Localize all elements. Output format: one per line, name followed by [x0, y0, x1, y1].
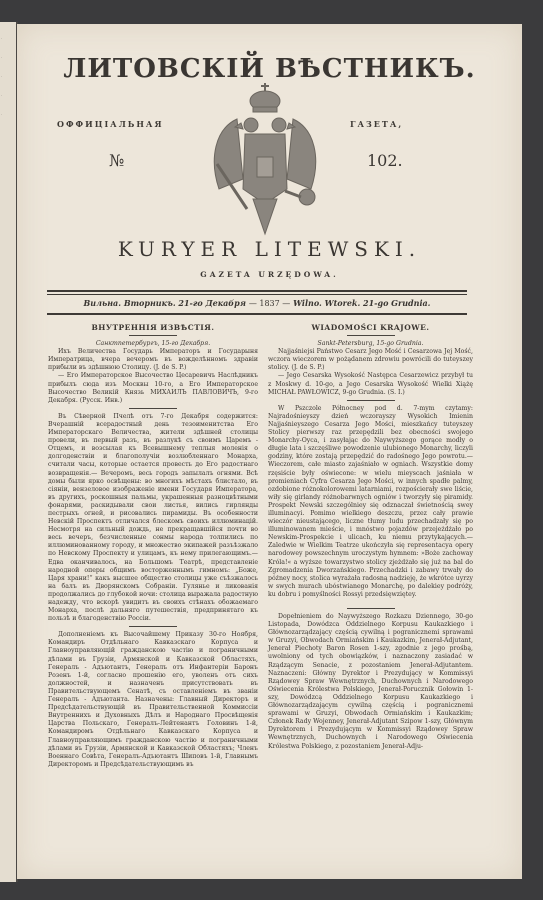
gazeta-label-russian: ГАЗЕТА,	[350, 119, 403, 129]
dateline-russian: Вильна. Вторникъ. 21-го Декабря	[84, 298, 247, 308]
article-dateline-russian: Санктпетербургъ, 15-го Декабря.	[48, 340, 258, 348]
double-headed-eagle-icon	[195, 79, 335, 244]
article-paragraph: Въ Сѣверной Пчелѣ отъ 7-го Декабря содер…	[48, 413, 258, 623]
article-paragraph: — Его Императорское Высочество Цесаревич…	[48, 372, 258, 404]
article-paragraph: — Jego Cesarska Wysokość Następca Cesarz…	[268, 372, 473, 396]
issue-number-sign: №	[109, 151, 124, 170]
article-paragraph: Дополненіемъ къ Высочайшему Приказу 30-г…	[48, 631, 258, 769]
dateline-rule-top-thin	[47, 294, 467, 295]
article-divider	[129, 626, 177, 627]
section-heading-polish: WIADOMOŚCI KRAJOWE.	[268, 324, 473, 332]
article-divider	[129, 408, 177, 409]
official-label-russian: ОФФИЦІАЛЬНАЯ	[57, 119, 164, 129]
section-divider	[129, 335, 177, 336]
newspaper-page: ЛИТОВСКІЙ ВѢСТНИКЪ. ОФФИЦІАЛЬНАЯ ГАЗЕТА,…	[17, 24, 522, 879]
article-paragraph: W Pszczole Północney pod d. 7-mym czytam…	[268, 405, 473, 599]
russian-column: ВНУТРЕННІЯ ИЗВѢСТІЯ. Санктпетербургъ, 15…	[48, 324, 258, 769]
article-paragraph: Najjaśniejsi Państwo Cesarz Jego Mość i …	[268, 348, 473, 372]
adjacent-page-edge: ·····	[0, 22, 18, 882]
dateline-rule-bottom	[47, 313, 467, 315]
article-paragraph: Ихъ Величества Государь Императоръ и Гос…	[48, 348, 258, 372]
section-divider	[347, 335, 395, 336]
dateline-polish: Wilno. Wtorek. 21-go Grudnia.	[293, 298, 430, 308]
dateline: Вильна. Вторникъ. 21-го Декабря — 1837 —…	[47, 298, 467, 308]
article-divider	[347, 400, 395, 401]
section-heading-russian: ВНУТРЕННІЯ ИЗВѢСТІЯ.	[48, 324, 258, 332]
article-divider	[347, 608, 395, 609]
polish-column: WIADOMOŚCI KRAJOWE. Sankt-Petersburg, 15…	[268, 324, 473, 751]
article-paragraph: Dopełnieniem do Naywyższego Rozkazu Dzie…	[268, 613, 473, 751]
issue-number: 102.	[367, 151, 403, 170]
article-dateline-polish: Sankt-Petersburg, 15-go Grudnia.	[268, 340, 473, 348]
dateline-year: — 1837 —	[249, 299, 290, 308]
dateline-rule-top	[47, 290, 467, 292]
subtitle-polish: GAZETA URZĘDOWA.	[17, 270, 522, 279]
masthead-title-polish: KURYER LITEWSKI.	[17, 237, 522, 261]
